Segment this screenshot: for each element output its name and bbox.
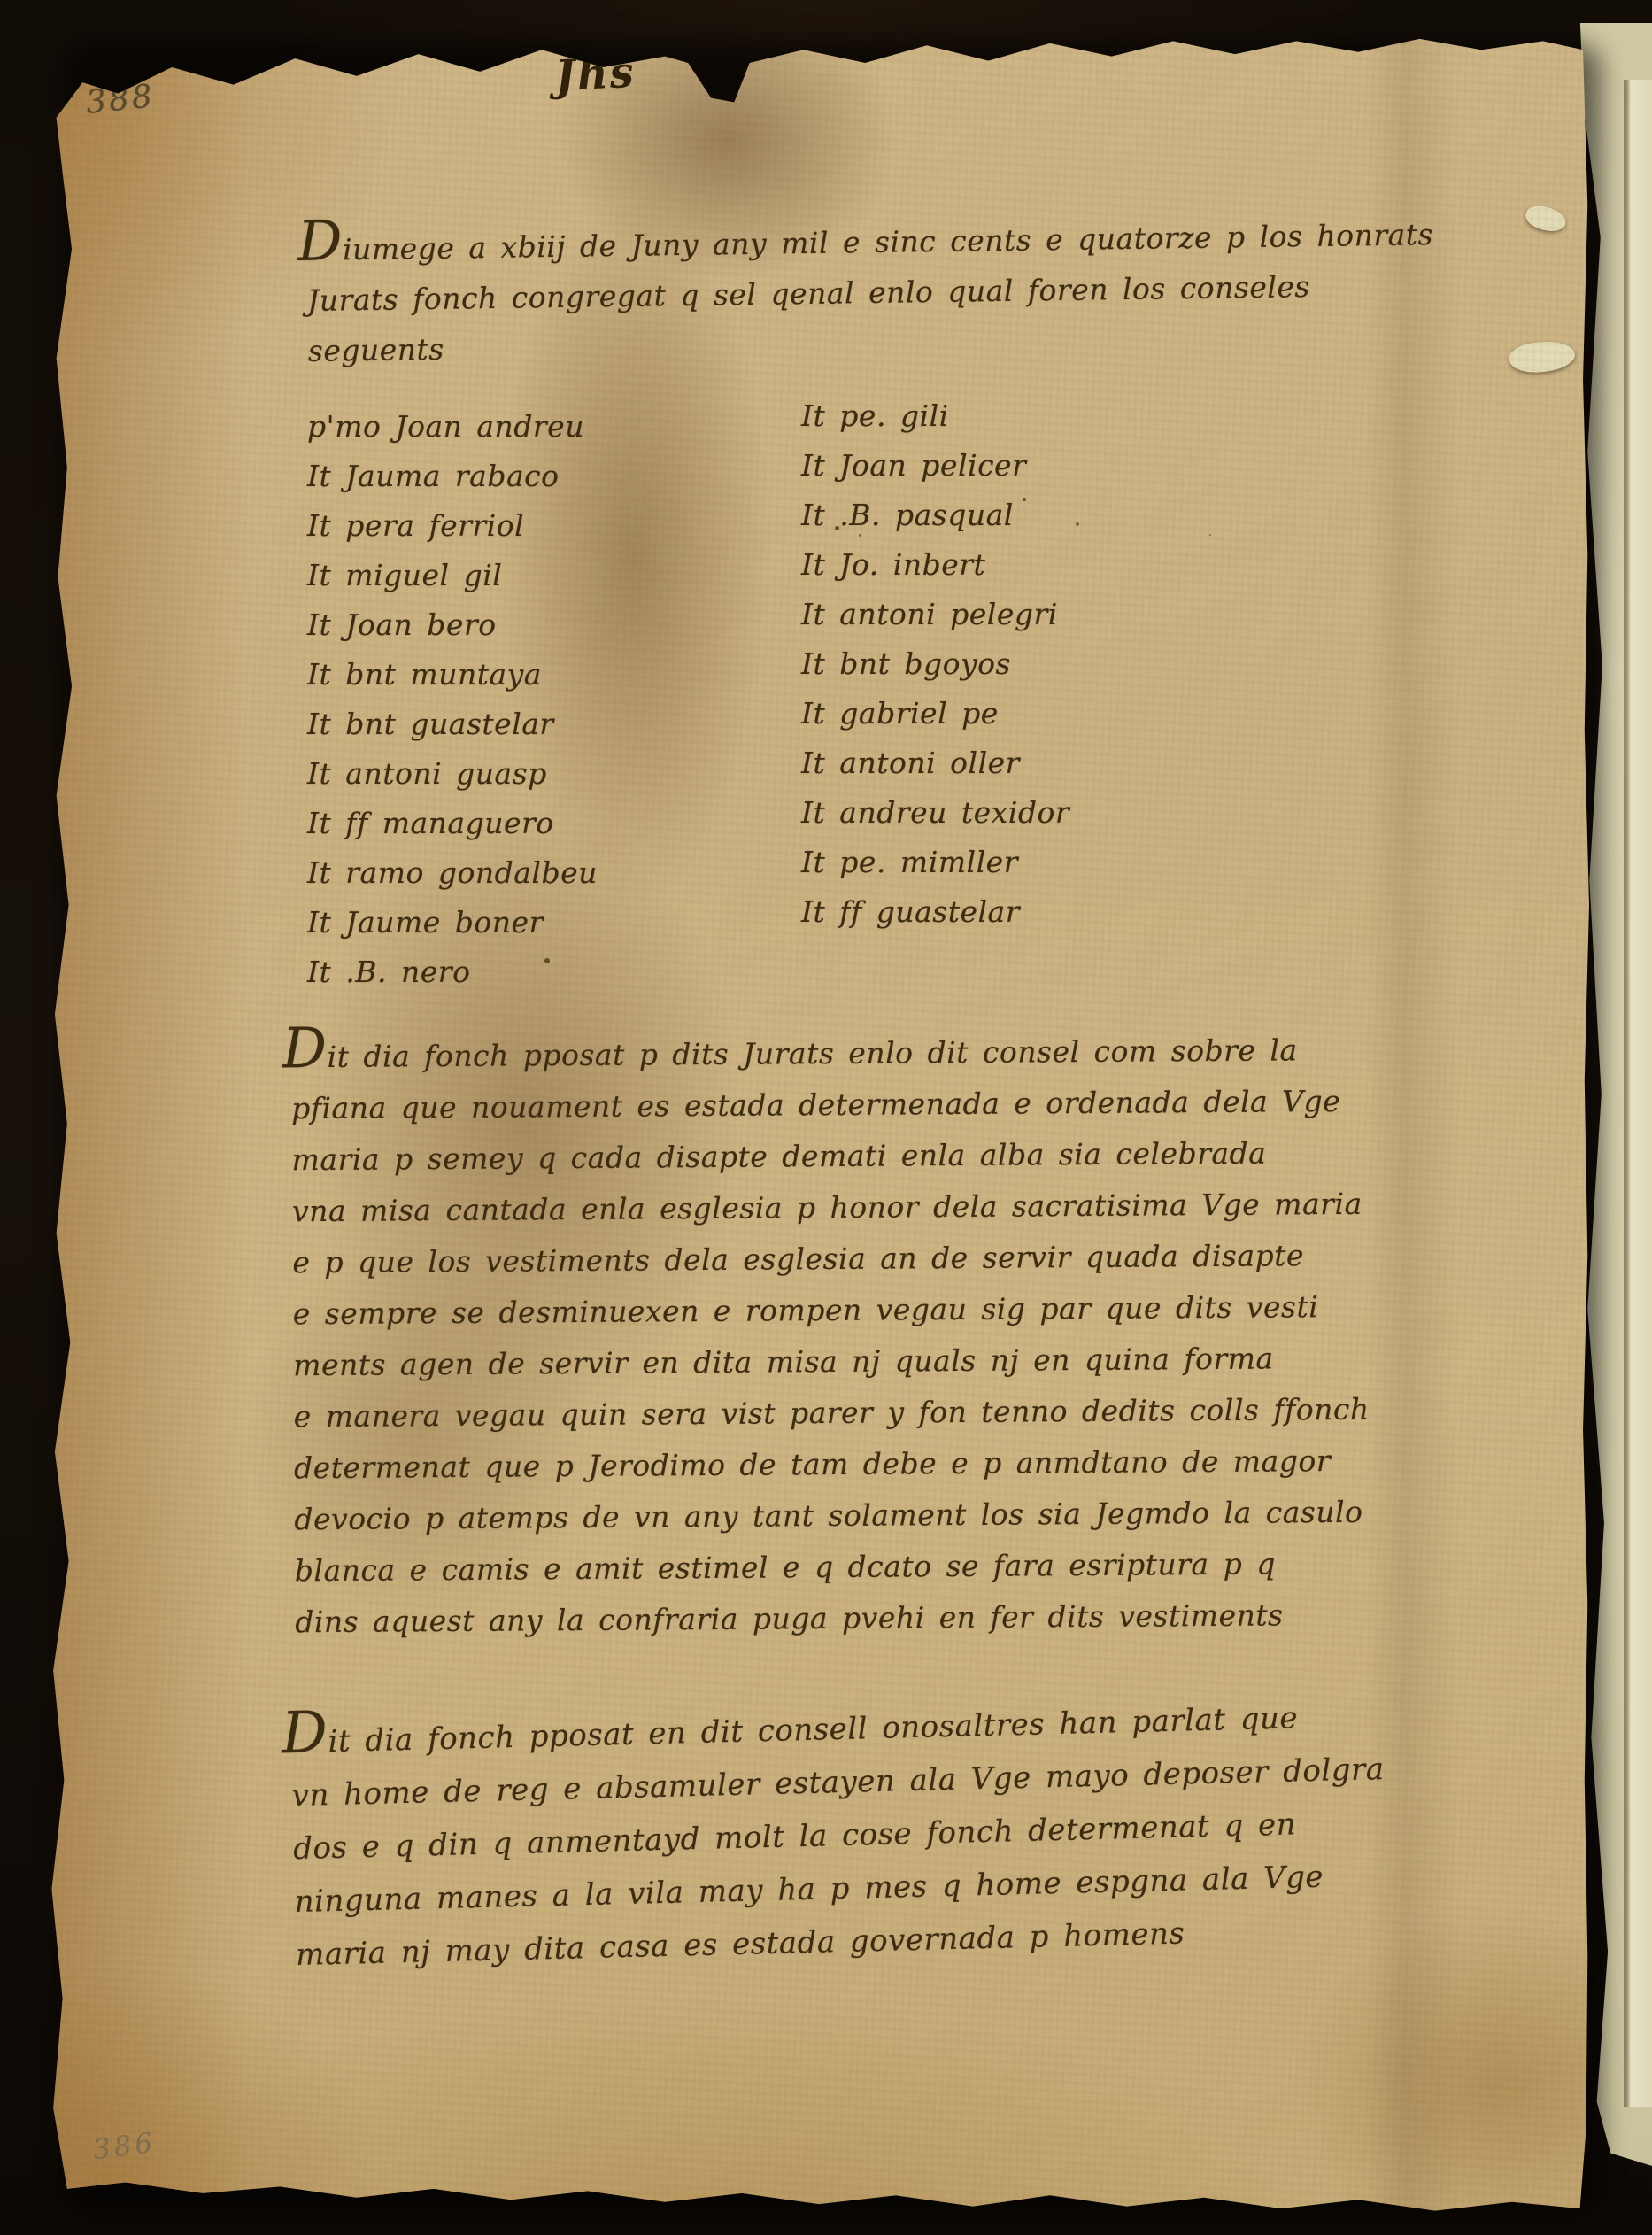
list-item: It Jauma rabaco [307, 452, 598, 501]
paper-repair-tab [1508, 338, 1576, 375]
text-line: pfiana que nouament es estada determenad… [291, 1076, 1367, 1134]
list-item: It ff managuero [307, 799, 598, 848]
text-line: vna misa cantada enla esglesia p honor d… [292, 1179, 1368, 1237]
list-item: It antoni guasp [307, 749, 598, 799]
list-item: It Joan pelicer [801, 441, 1069, 491]
paragraph-three: Dit dia fonch pposat en dit consell onos… [289, 1687, 1388, 1982]
text-line: e sempre se desminuexen e rompen vegau s… [293, 1281, 1369, 1340]
text-line: e manera vegau quin sera vist parer y fo… [293, 1384, 1369, 1442]
text-line: devocio p atemps de vn any tant solament… [294, 1487, 1370, 1545]
list-item: It pe. mimller [801, 838, 1069, 887]
list-item: It Jaume boner [307, 898, 598, 947]
list-item: It .B. pasqual [801, 491, 1069, 540]
list-item: It Jo. inbert [801, 540, 1069, 590]
manuscript-page: 388 Jhs Diumege a xbiij de Juny any mil … [49, 30, 1589, 2217]
photograph-background: 388 Jhs Diumege a xbiij de Juny any mil … [0, 0, 1652, 2235]
council-list-left: p'mo Joan andreu It Jauma rabaco It pera… [307, 402, 598, 997]
text-line: ments agen de servir en dita misa nj qua… [293, 1333, 1369, 1391]
paper-repair-tab [1524, 203, 1569, 235]
list-item: It .B. nero [307, 947, 598, 997]
ink-speck [835, 526, 839, 530]
text-line: e p que los vestiments dela esglesia an … [292, 1230, 1368, 1288]
book-page-edge-inner [1624, 80, 1652, 2107]
heading-paragraph: Diumege a xbiij de Juny any mil e sinc c… [306, 206, 1435, 376]
list-item: It ff guastelar [801, 887, 1069, 937]
list-item: It andreu texidor [801, 788, 1069, 838]
list-item: It antoni oller [801, 739, 1069, 788]
list-item: It bnt bgoyos [801, 639, 1069, 689]
list-item: It pera ferriol [307, 501, 598, 551]
list-item: It bnt muntaya [307, 650, 598, 700]
list-item: It antoni pelegri [801, 590, 1069, 639]
council-list-right: It pe. gili It Joan pelicer It .B. pasqu… [801, 391, 1069, 937]
ink-speck [544, 958, 550, 963]
text-line: blanca e camis e amit estimel e q dcato … [295, 1538, 1370, 1597]
list-item: It ramo gondalbeu [307, 848, 598, 898]
list-item: It miguel gil [307, 551, 598, 600]
list-item: p'mo Joan andreu [307, 402, 598, 452]
folio-number-bottom: 386 [91, 2127, 158, 2166]
text-line: dins aquest any la confraria puga pvehi … [295, 1589, 1370, 1648]
text-line: Dit dia fonch pposat p dits Jurats enlo … [282, 1022, 1367, 1084]
list-item: It pe. gili [801, 391, 1069, 441]
text-line: determenat que p Jerodimo de tam debe e … [294, 1435, 1370, 1494]
list-item: It bnt guastelar [307, 700, 598, 749]
paragraph-two: Dit dia fonch pposat p dits Jurats enlo … [291, 1022, 1371, 1648]
ink-speck [1023, 498, 1026, 501]
text-line: maria p semey q cada disapte demati enla… [291, 1127, 1367, 1186]
list-item: It Joan bero [307, 600, 598, 650]
list-item: It gabriel pe [801, 689, 1069, 739]
